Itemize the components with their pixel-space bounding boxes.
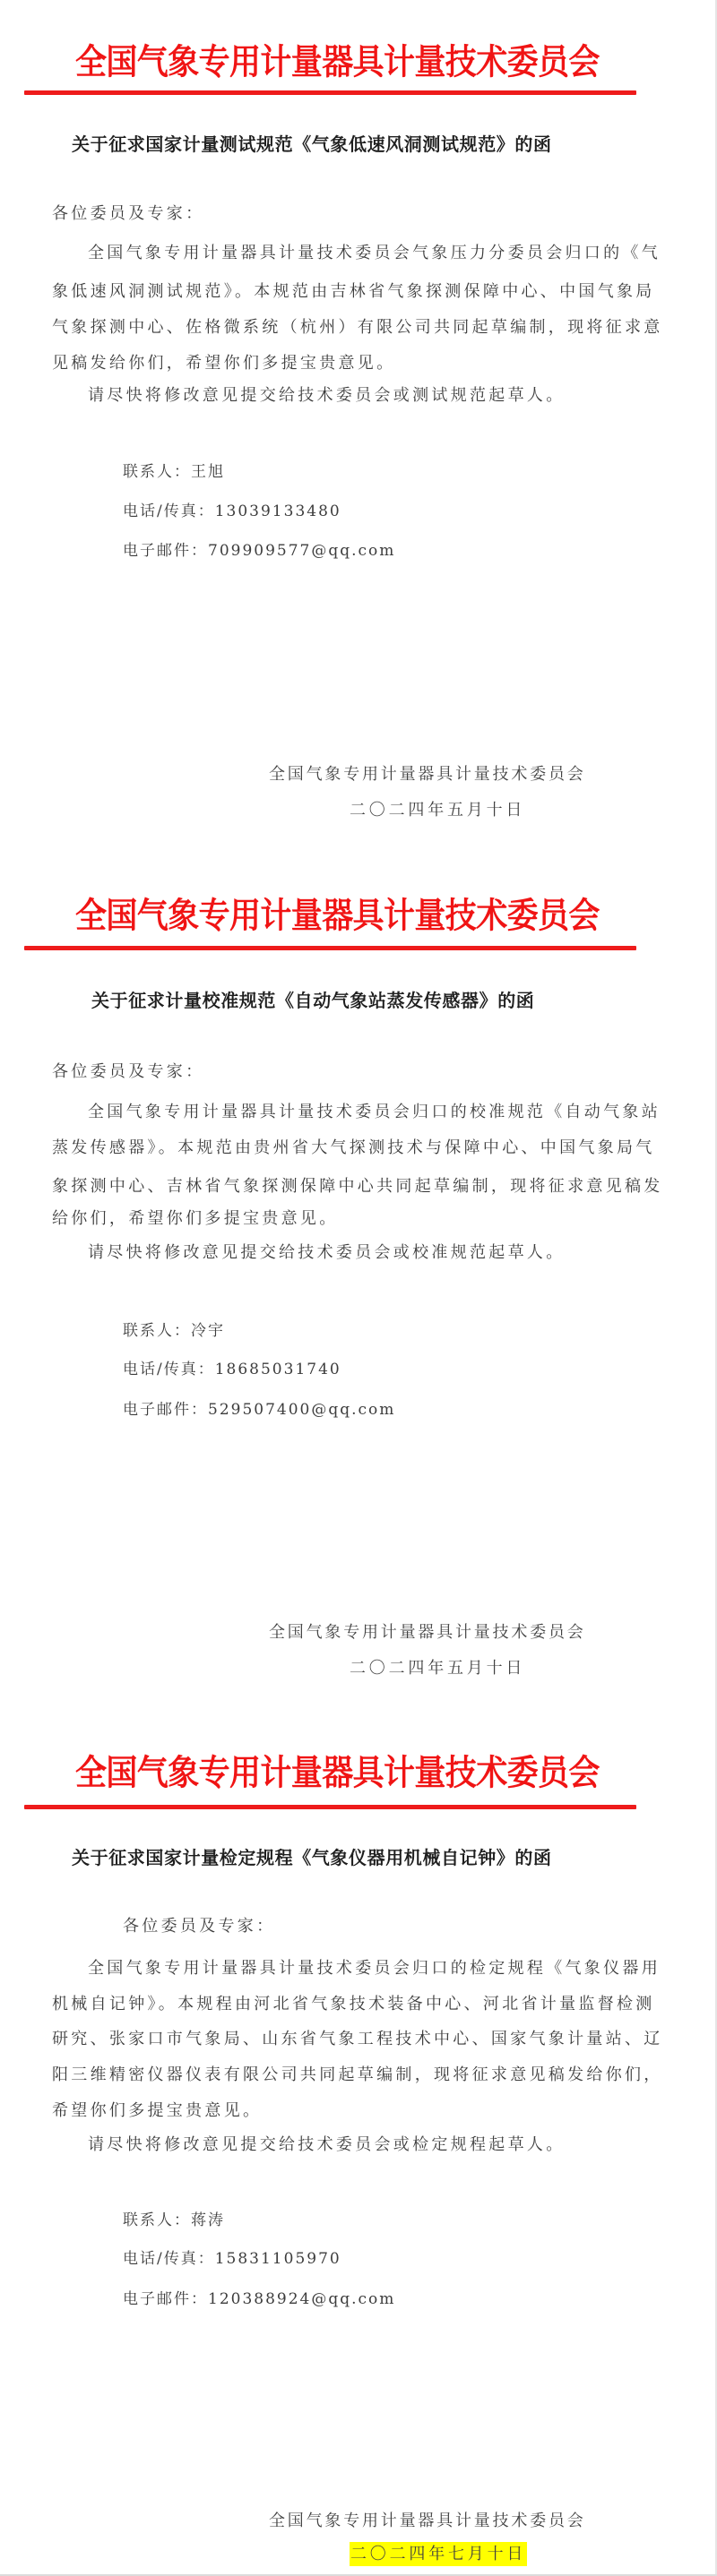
salutation: 各位委员及专家： [123,1919,275,1935]
signature-date: 二〇二四年五月十日 [350,803,525,819]
contact-person: 联系人：蒋涛 [123,2213,225,2228]
letter-title: 关于征求国家计量检定规程《气象仪器用机械自记钟》的函 [72,1849,552,1867]
body-line: 研究、张家口市气象局、山东省气象工程技术中心、国家气象计量站、辽 [52,2031,663,2048]
letterhead-red-rule [24,90,636,95]
letterhead-red-rule [24,946,636,950]
salutation: 各位委员及专家： [52,1064,204,1080]
body-line: 机械自记钟》。本规程由河北省气象技术装备中心、河北省计量监督检测 [52,1996,655,2013]
letter-title: 关于征求国家计量测试规范《气象低速风洞测试规范》的函 [72,135,552,153]
body-line: 给你们，希望你们多提宝贵意见。 [52,1211,339,1227]
org-letterhead-title: 全国气象专用计量器具计量技术委员会 [75,899,600,934]
body-line: 全国气象专用计量器具计量技术委员会归口的校准规范《自动气象站 [88,1104,661,1121]
salutation: 各位委员及专家： [52,206,204,222]
body-line: 阳三维精密仪器仪表有限公司共同起草编制，现将征求意见稿发给你们， [52,2067,663,2083]
signature-org: 全国气象专用计量器具计量技术委员会 [269,2513,586,2529]
body-line: 气象探测中心、佐格微系统（杭州）有限公司共同起草编制，现将征求意 [52,320,663,336]
contact-person: 联系人：冷宇 [123,1324,225,1339]
body-line: 蒸发传感器》。本规范由贵州省大气探测技术与保障中心、中国气象局气 [52,1140,655,1156]
body-line: 见稿发给你们，希望你们多提宝贵意见。 [52,356,395,372]
body-line: 象低速风洞测试规范》。本规范由吉林省气象探测保障中心、中国气象局 [52,284,655,300]
signature-date: 二〇二四年五月十日 [350,1661,525,1677]
body-line: 象探测中心、吉林省气象探测保障中心共同起草编制，现将征求意见稿发 [52,1179,663,1195]
contact-phone: 电话/传真：18685031740 [123,1362,341,1378]
closing-line: 请尽快将修改意见提交给技术委员会或校准规范起草人。 [88,1245,566,1261]
contact-email: 电子邮件：120388924@qq.com [123,2292,395,2307]
letterhead-red-rule [24,1805,636,1809]
body-line: 全国气象专用计量器具计量技术委员会气象压力分委员会归口的《气 [88,245,661,262]
body-line: 希望你们多提宝贵意见。 [52,2103,262,2119]
signature-org: 全国气象专用计量器具计量技术委员会 [269,767,586,783]
signature-org: 全国气象专用计量器具计量技术委员会 [269,1625,586,1641]
letter-title: 关于征求计量校准规范《自动气象站蒸发传感器》的函 [91,992,534,1009]
org-letterhead-title: 全国气象专用计量器具计量技术委员会 [75,1756,600,1791]
contact-person: 联系人：王旭 [123,465,225,480]
closing-line: 请尽快将修改意见提交给技术委员会或测试规范起草人。 [88,388,566,404]
contact-email: 电子邮件：709909577@qq.com [123,544,395,559]
body-line: 全国气象专用计量器具计量技术委员会归口的检定规程《气象仪器用 [88,1961,661,1977]
contact-email: 电子邮件：529507400@qq.com [123,1403,395,1418]
contact-phone: 电话/传真：15831105970 [123,2252,341,2267]
signature-date-highlighted: 二〇二四年七月十日 [350,2546,527,2563]
highlighted-date-text: 二〇二四年七月十日 [350,2542,527,2566]
org-letterhead-title: 全国气象专用计量器具计量技术委员会 [75,46,600,81]
closing-line: 请尽快将修改意见提交给技术委员会或检定规程起草人。 [88,2137,566,2153]
contact-phone: 电话/传真：13039133480 [123,504,341,519]
